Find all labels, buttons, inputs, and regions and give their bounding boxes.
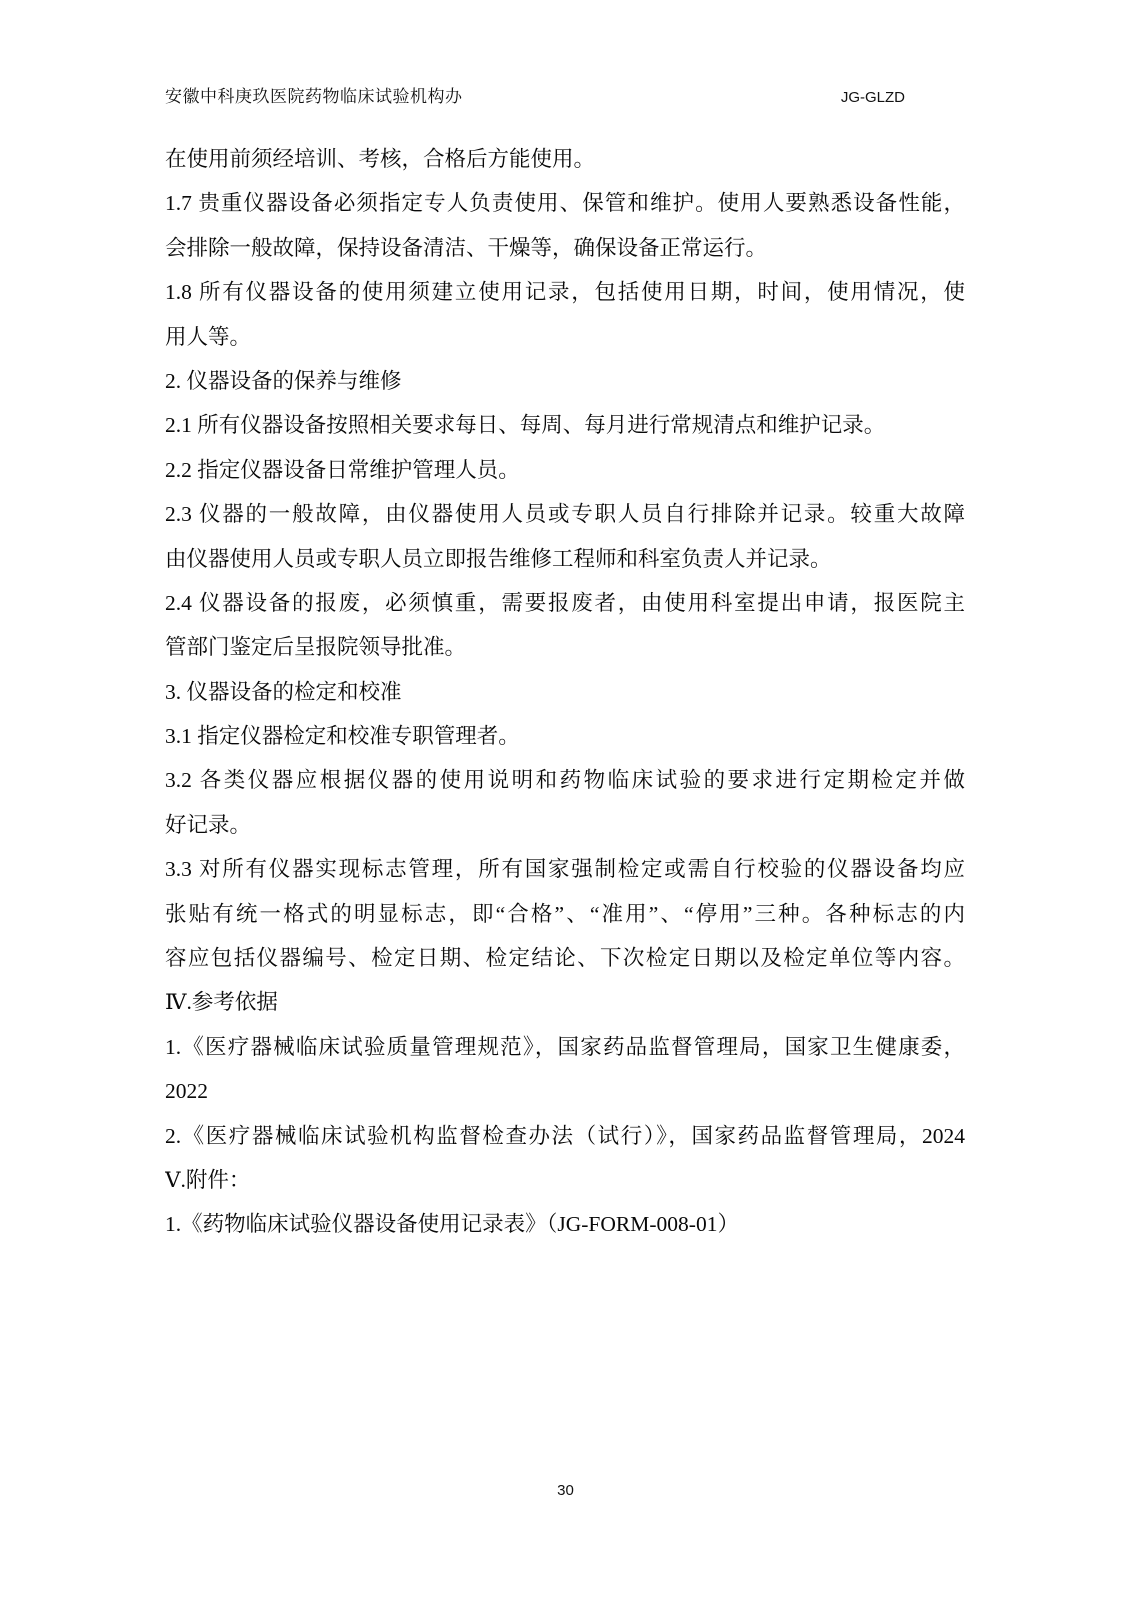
- document-body: 在使用前须经培训、考核，合格后方能使用。 1.7 贵重仪器设备必须指定专人负责使…: [165, 137, 965, 1247]
- text-line: 3.3 对所有仪器实现标志管理，所有国家强制检定或需自行校验的仪器设备均应: [165, 847, 965, 891]
- text-line: Ⅳ.参考依据: [165, 980, 965, 1024]
- text-line: 由仪器使用人员或专职人员立即报告维修工程师和科室负责人并记录。: [165, 537, 965, 581]
- text-line: 1.7 贵重仪器设备必须指定专人负责使用、保管和维护。使用人要熟悉设备性能，: [165, 181, 965, 225]
- text-line: 在使用前须经培训、考核，合格后方能使用。: [165, 137, 965, 181]
- header-document-title: 安徽中科庚玖医院药物临床试验机构办: [165, 82, 463, 107]
- document-page: 安徽中科庚玖医院药物临床试验机构办 JG-GLZD 在使用前须经培训、考核，合格…: [0, 0, 1131, 1600]
- text-line: 3. 仪器设备的检定和校准: [165, 670, 965, 714]
- text-line: 用人等。: [165, 315, 965, 359]
- text-line: 2.4 仪器设备的报废，必须慎重，需要报废者，由使用科室提出申请，报医院主: [165, 581, 965, 625]
- header-document-code: JG-GLZD: [841, 89, 905, 106]
- text-line: 2022: [165, 1069, 965, 1113]
- text-line: 2.1 所有仪器设备按照相关要求每日、每周、每月进行常规清点和维护记录。: [165, 403, 965, 447]
- page-header: 安徽中科庚玖医院药物临床试验机构办 JG-GLZD: [165, 82, 905, 107]
- text-line: 张贴有统一格式的明显标志，即“合格”、“准用”、“停用”三种。各种标志的内: [165, 892, 965, 936]
- text-line: 会排除一般故障，保持设备清洁、干燥等，确保设备正常运行。: [165, 226, 965, 270]
- text-line: 2.《医疗器械临床试验机构监督检查办法（试行）》，国家药品监督管理局，2024: [165, 1114, 965, 1158]
- text-line: 2.2 指定仪器设备日常维护管理人员。: [165, 448, 965, 492]
- text-line: 2. 仪器设备的保养与维修: [165, 359, 965, 403]
- page-number: 30: [557, 1482, 574, 1499]
- text-line: 好记录。: [165, 803, 965, 847]
- page-footer: 30: [0, 1482, 1131, 1500]
- text-line: 2.3 仪器的一般故障，由仪器使用人员或专职人员自行排除并记录。较重大故障: [165, 492, 965, 536]
- text-line: 3.1 指定仪器检定和校准专职管理者。: [165, 714, 965, 758]
- text-line: 1.《医疗器械临床试验质量管理规范》，国家药品监督管理局，国家卫生健康委，: [165, 1025, 965, 1069]
- text-line: 1.《药物临床试验仪器设备使用记录表》（JG-FORM-008-01）: [165, 1202, 965, 1246]
- text-line: 3.2 各类仪器应根据仪器的使用说明和药物临床试验的要求进行定期检定并做: [165, 758, 965, 802]
- text-line: 容应包括仪器编号、检定日期、检定结论、下次检定日期以及检定单位等内容。: [165, 936, 965, 980]
- text-line: 管部门鉴定后呈报院领导批准。: [165, 625, 965, 669]
- text-line: 1.8 所有仪器设备的使用须建立使用记录，包括使用日期，时间，使用情况，使: [165, 270, 965, 314]
- text-line: Ⅴ.附件：: [165, 1158, 965, 1202]
